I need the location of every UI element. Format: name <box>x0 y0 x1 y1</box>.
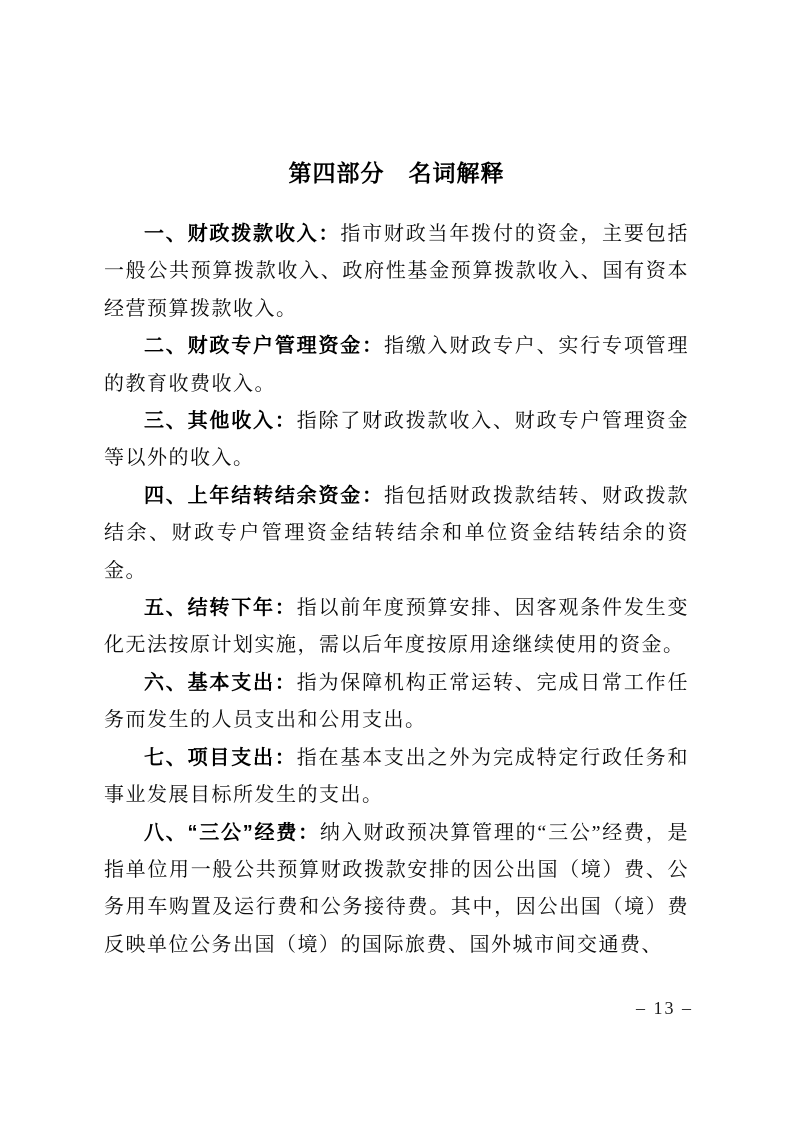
term-label: 四、上年结转结余资金： <box>144 485 384 507</box>
term-label: 五、结转下年： <box>144 597 297 619</box>
glossary-paragraph: 六、基本支出：指为保障机构正常运转、完成日常工作任务而发生的人员支出和公用支出。 <box>104 665 689 740</box>
glossary-paragraph: 三、其他收入：指除了财政拨款收入、财政专户管理资金等以外的收入。 <box>104 403 689 478</box>
term-label: 八、“三公”经费： <box>144 822 320 844</box>
page-number: – 13 – <box>636 998 693 1019</box>
glossary-paragraph: 七、项目支出：指在基本支出之外为完成特定行政任务和事业发展目标所发生的支出。 <box>104 740 689 815</box>
glossary-paragraph: 二、财政专户管理资金：指缴入财政专户、实行专项管理的教育收费收入。 <box>104 328 689 403</box>
term-label: 六、基本支出： <box>144 672 297 694</box>
glossary-paragraph: 四、上年结转结余资金：指包括财政拨款结转、财政拨款结余、财政专户管理资金结转结余… <box>104 478 689 590</box>
term-label: 七、项目支出： <box>144 747 297 769</box>
term-label: 三、其他收入： <box>144 410 297 432</box>
page-title: 第四部分 名词解释 <box>104 155 689 188</box>
glossary-paragraph: 八、“三公”经费：纳入财政预决算管理的“三公”经费，是指单位用一般公共预算财政拨… <box>104 815 689 965</box>
glossary-paragraph: 一、财政拨款收入：指市财政当年拨付的资金，主要包括一般公共预算拨款收入、政府性基… <box>104 216 689 328</box>
term-label: 一、财政拨款收入： <box>144 223 340 245</box>
document-page: 第四部分 名词解释 一、财政拨款收入：指市财政当年拨付的资金，主要包括一般公共预… <box>0 0 793 1122</box>
glossary-content: 一、财政拨款收入：指市财政当年拨付的资金，主要包括一般公共预算拨款收入、政府性基… <box>104 216 689 964</box>
term-label: 二、财政专户管理资金： <box>144 335 384 357</box>
glossary-paragraph: 五、结转下年：指以前年度预算安排、因客观条件发生变化无法按原计划实施，需以后年度… <box>104 590 689 665</box>
